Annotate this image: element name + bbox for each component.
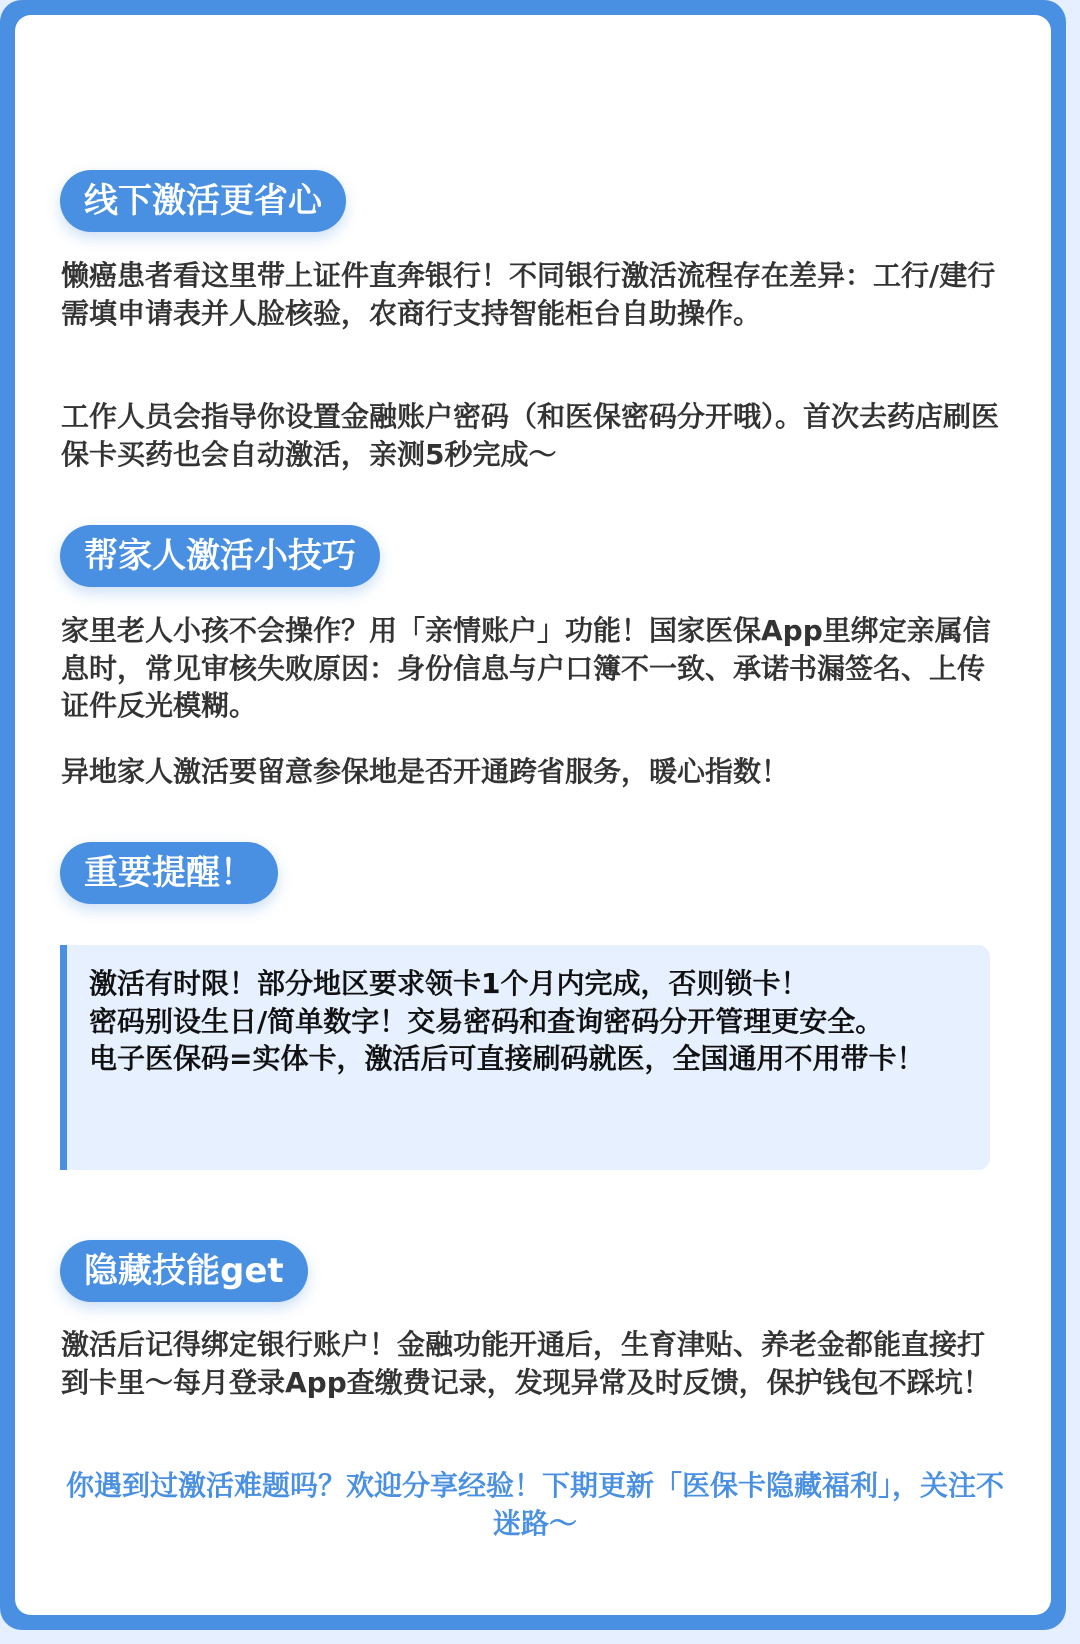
footer-call-to-action: 你遇到过激活难题吗？欢迎分享经验！下期更新「医保卡隐藏福利」，关注不迷路～: [60, 1467, 1010, 1542]
section-title-family-tips: 帮家人激活小技巧: [60, 525, 380, 587]
section-title-important-reminder: 重要提醒！: [60, 842, 278, 904]
reminder-e-code: 电子医保码=实体卡，激活后可直接刷码就医，全国通用不用带卡！: [89, 1040, 946, 1078]
reminder-time-limit: 激活有时限！部分地区要求领卡1个月内完成，否则锁卡！: [89, 965, 946, 1003]
paragraph-password-setup: 工作人员会指导你设置金融账户密码（和医保密码分开哦）。首次去药店刷医保卡买药也会…: [61, 398, 1011, 473]
section-title-hidden-skills: 隐藏技能get: [60, 1240, 308, 1302]
reminder-callout: 激活有时限！部分地区要求领卡1个月内完成，否则锁卡！ 密码别设生日/简单数字！交…: [60, 945, 990, 1170]
paragraph-bank-activation: 懒癌患者看这里带上证件直奔银行！不同银行激活流程存在差异：工行/建行需填申请表并…: [61, 257, 1011, 332]
reminder-password: 密码别设生日/简单数字！交易密码和查询密码分开管理更安全。: [89, 1003, 946, 1041]
paragraph-family-account: 家里老人小孩不会操作？用「亲情账户」功能！国家医保App里绑定亲属信息时，常见审…: [61, 612, 1011, 725]
section-title-offline-activation: 线下激活更省心: [60, 170, 346, 232]
paragraph-bind-bank: 激活后记得绑定银行账户！金融功能开通后，生育津贴、养老金都能直接打到卡里～每月登…: [61, 1326, 1011, 1401]
paragraph-remote-family: 异地家人激活要留意参保地是否开通跨省服务，暖心指数！: [61, 753, 1011, 791]
